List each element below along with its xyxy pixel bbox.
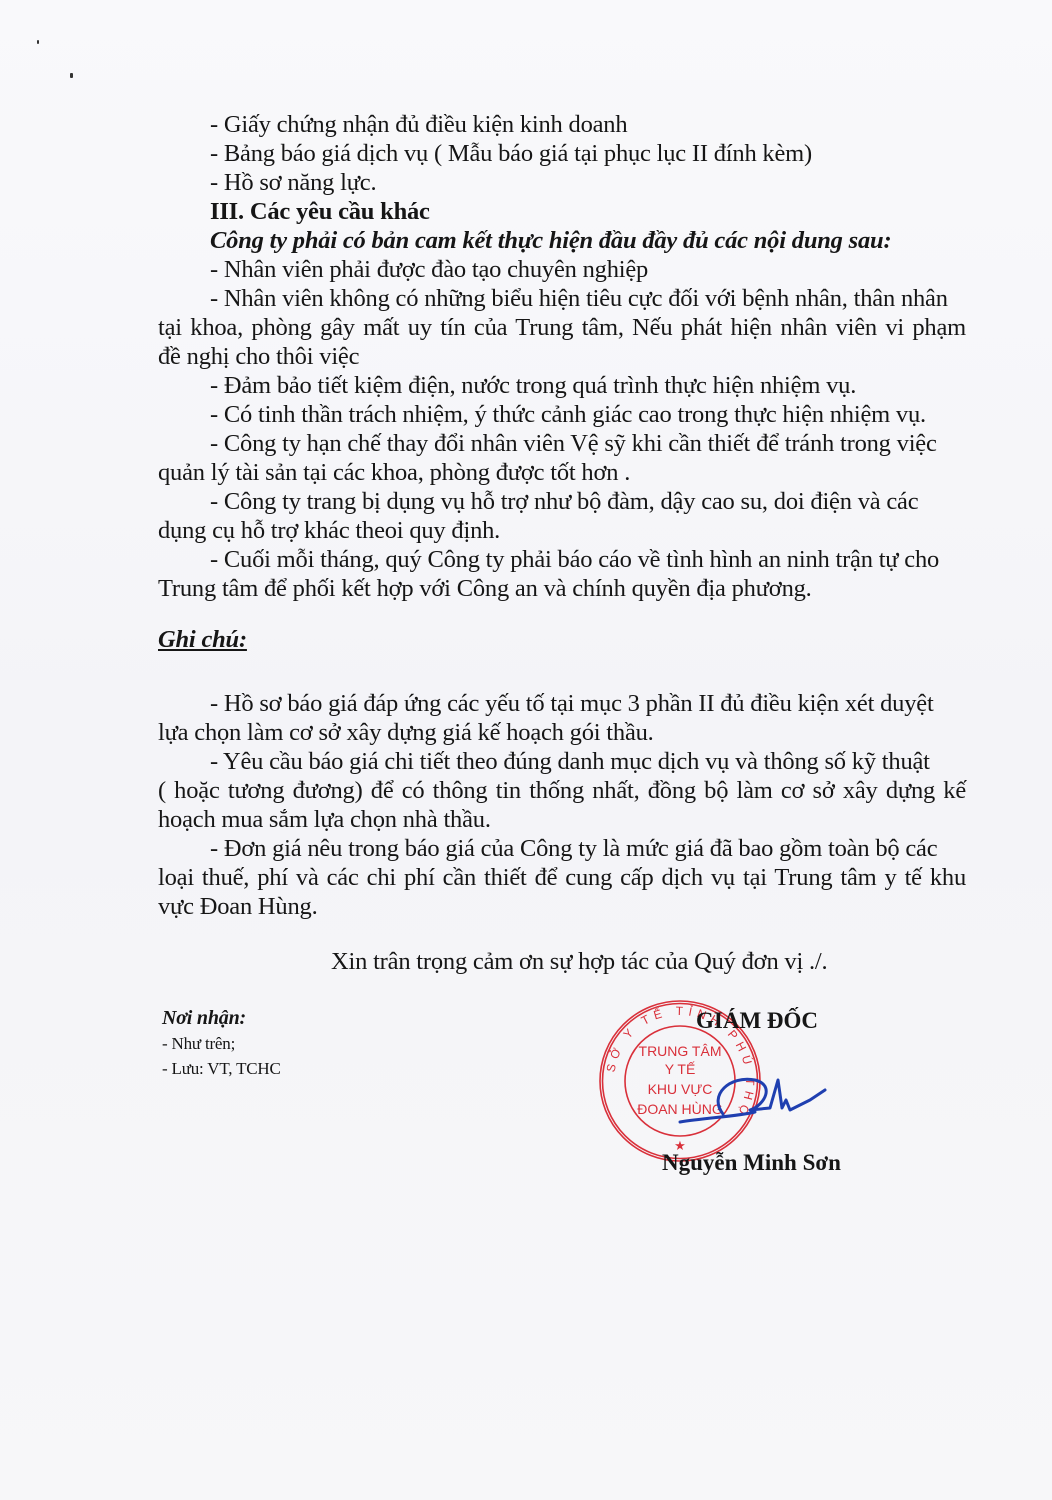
requirement-line: tại khoa, phòng gây mất uy tín của Trung… [158, 313, 966, 342]
notes-heading: Ghi chú: [158, 625, 247, 654]
requirement-line: - Nhân viên không có những biểu hiện tiê… [210, 284, 948, 313]
signer-name: Nguyễn Minh Sơn [662, 1150, 841, 1176]
document-page: - Giấy chứng nhận đủ điều kiện kinh doan… [0, 0, 1052, 1500]
recipient-item: - Lưu: VT, TCHC [162, 1057, 281, 1081]
requirement-line: - Cuối mỗi tháng, quý Công ty phải báo c… [210, 545, 939, 574]
requirement-line: dụng cụ hỗ trợ khác theoi quy định. [158, 516, 500, 545]
note-line: vực Đoan Hùng. [158, 892, 318, 921]
note-line: loại thuế, phí và các chi phí cần thiết … [158, 863, 966, 892]
signature-title: GIÁM ĐỐC [696, 1008, 818, 1034]
note-line: - Đơn giá nêu trong báo giá của Công ty … [210, 834, 937, 863]
section-heading: III. Các yêu cầu khác [210, 197, 430, 226]
requirement-line: - Có tinh thần trách nhiệm, ý thức cảnh … [210, 400, 926, 429]
note-line: lựa chọn làm cơ sở xây dựng giá kế hoạch… [158, 718, 654, 747]
requirement-line: Trung tâm để phối kết hợp với Công an và… [158, 574, 812, 603]
scan-speck [37, 40, 39, 44]
note-line: - Yêu cầu báo giá chi tiết theo đúng dan… [210, 747, 930, 776]
note-line: ( hoặc tương đương) để có thông tin thốn… [158, 776, 966, 805]
requirement-line: - Đảm bảo tiết kiệm điện, nước trong quá… [210, 371, 856, 400]
commitment-intro: Công ty phải có bản cam kết thực hiện đầ… [210, 226, 891, 255]
requirement-line: - Công ty hạn chế thay đổi nhân viên Vệ … [210, 429, 937, 458]
note-line: - Hồ sơ báo giá đáp ứng các yếu tố tại m… [210, 689, 934, 718]
required-doc-item: - Giấy chứng nhận đủ điều kiện kinh doan… [210, 110, 627, 139]
recipients-heading: Nơi nhận: [162, 1005, 246, 1031]
scan-speck [70, 73, 73, 78]
stamp-center-line: TRUNG TÂM [639, 1043, 722, 1059]
requirement-line: - Nhân viên phải được đào tạo chuyên ngh… [210, 255, 648, 284]
closing-line: Xin trân trọng cảm ơn sự hợp tác của Quý… [331, 947, 827, 976]
handwritten-signature [660, 1060, 840, 1140]
requirement-line: quản lý tài sản tại các khoa, phòng được… [158, 458, 630, 487]
requirement-line: đề nghị cho thôi việc [158, 342, 359, 371]
recipient-item: - Như trên; [162, 1032, 235, 1056]
required-doc-item: - Hồ sơ năng lực. [210, 168, 376, 197]
required-doc-item: - Bảng báo giá dịch vụ ( Mẫu báo giá tại… [210, 139, 812, 168]
requirement-line: - Công ty trang bị dụng vụ hỗ trợ như bộ… [210, 487, 918, 516]
note-line: hoạch mua sắm lựa chọn nhà thầu. [158, 805, 491, 834]
